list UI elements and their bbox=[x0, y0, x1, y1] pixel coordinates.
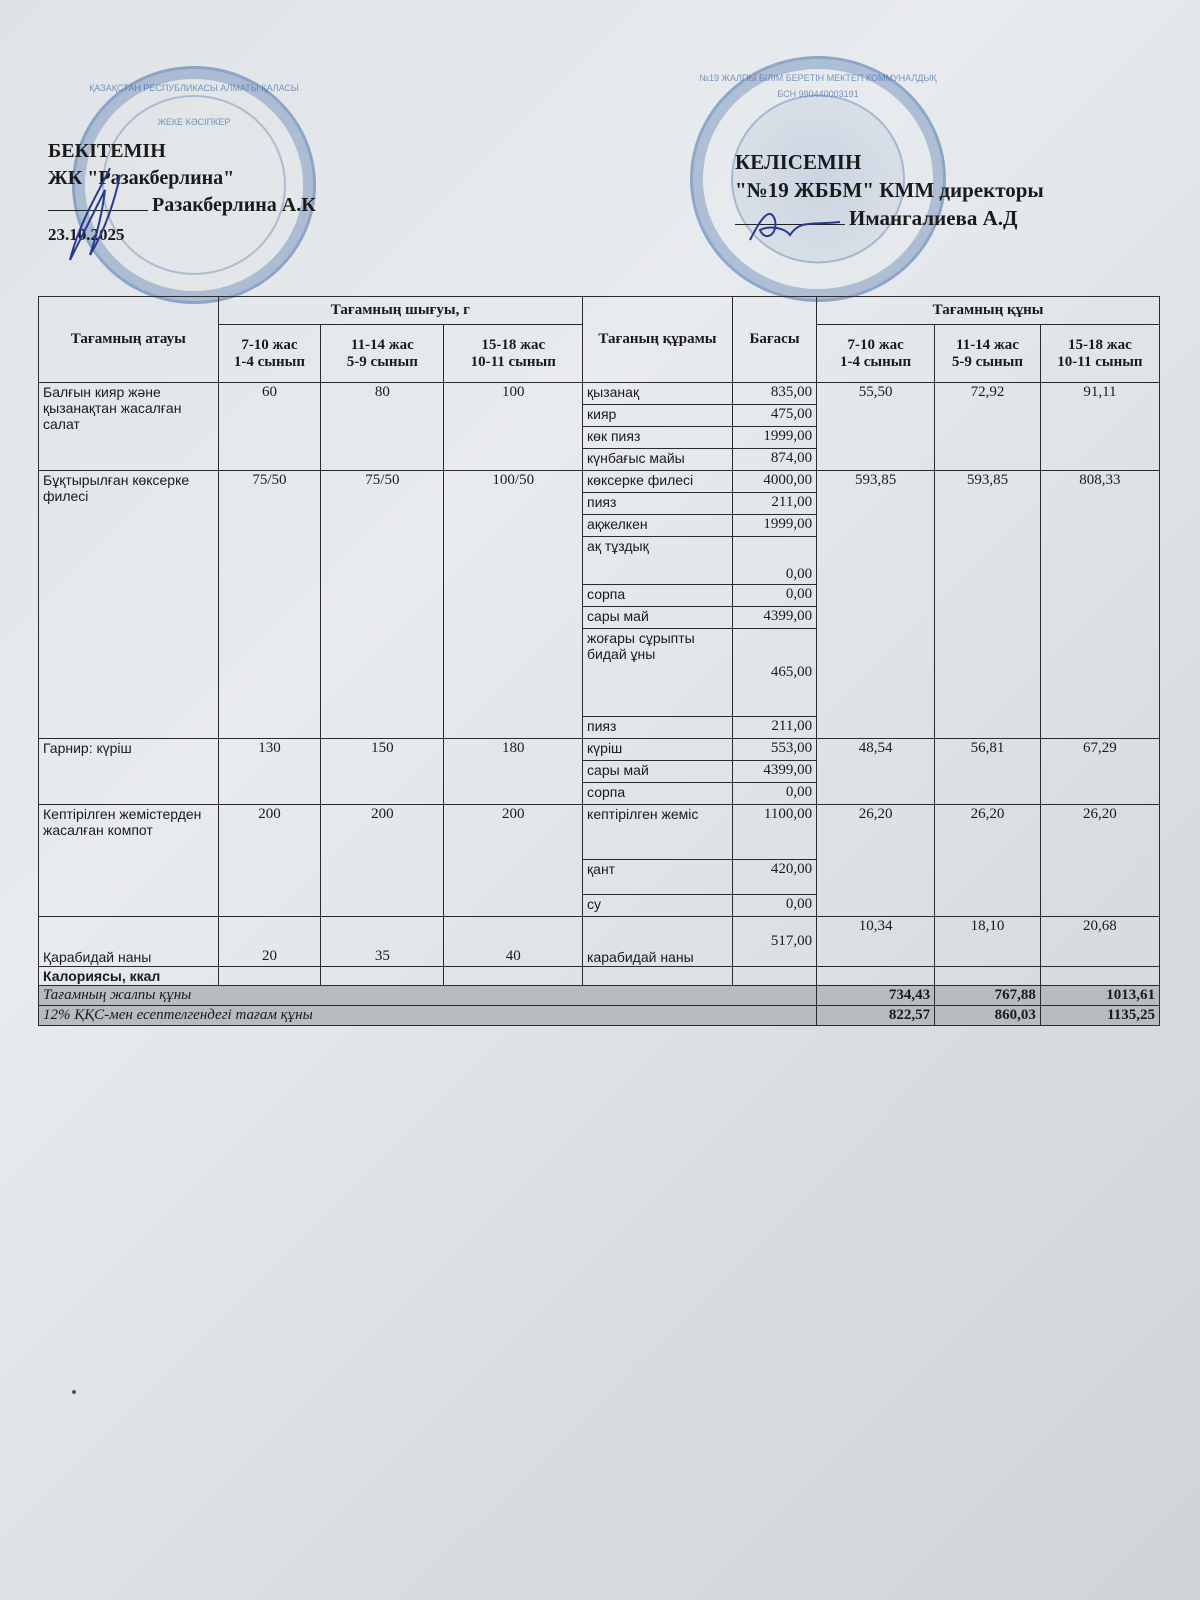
dish-output: 60 bbox=[218, 383, 321, 471]
total-value: 860,03 bbox=[935, 1006, 1041, 1026]
dish-cost: 26,20 bbox=[1040, 805, 1159, 917]
ingredient-price: 211,00 bbox=[732, 717, 816, 739]
dish-cost: 18,10 bbox=[935, 917, 1041, 967]
dish-output: 75/50 bbox=[218, 471, 321, 739]
ingredient-name: көк пияз bbox=[583, 427, 733, 449]
dish-cost: 808,33 bbox=[1040, 471, 1159, 739]
header-age-group: 15-18 жас10-11 сынып bbox=[1040, 325, 1159, 383]
ingredient-name: қызанақ bbox=[583, 383, 733, 405]
header-composition: Тағаның құрамы bbox=[583, 297, 733, 383]
total-value: 1013,61 bbox=[1040, 986, 1159, 1006]
calories-cell bbox=[732, 967, 816, 986]
total-value: 734,43 bbox=[817, 986, 935, 1006]
header-dish-name: Тағамның атауы bbox=[39, 297, 219, 383]
ingredient-name: пияз bbox=[583, 493, 733, 515]
ingredient-name: пияз bbox=[583, 717, 733, 739]
ingredient-name: жоғары сұрыпты бидай ұны bbox=[583, 629, 733, 717]
dish-output: 200 bbox=[218, 805, 321, 917]
dish-name: Гарнир: күріш bbox=[39, 739, 219, 805]
grade-label: 1-4 сынып bbox=[821, 354, 930, 371]
header-row: Тағамның атауыТағамның шығуы, гТағаның қ… bbox=[39, 297, 1160, 325]
ingredient-price: 211,00 bbox=[732, 493, 816, 515]
menu-table: Тағамның атауыТағамның шығуы, гТағаның қ… bbox=[38, 296, 1160, 1026]
ingredient-price: 553,00 bbox=[732, 739, 816, 761]
header-age-group: 11-14 жас5-9 сынып bbox=[321, 325, 444, 383]
total-value: 1135,25 bbox=[1040, 1006, 1159, 1026]
ingredient-name: су bbox=[583, 895, 733, 917]
stamp-ring-text: ҚАЗАҚСТАН РЕСПУБЛИКАСЫ АЛМАТЫ ҚАЛАСЫ bbox=[75, 83, 313, 93]
ingredient-name: ақ тұздық bbox=[583, 537, 733, 585]
ingredient-price: 420,00 bbox=[732, 860, 816, 895]
ingredient-price: 1100,00 bbox=[732, 805, 816, 860]
dish-cost: 20,68 bbox=[1040, 917, 1159, 967]
dish-cost: 72,92 bbox=[935, 383, 1041, 471]
ingredient-price: 874,00 bbox=[732, 449, 816, 471]
dish-cost: 26,20 bbox=[817, 805, 935, 917]
dish-name: Кептірілген жемістерден жасалған компот bbox=[39, 805, 219, 917]
table-row: Балғын кияр және қызанақтан жасалған сал… bbox=[39, 383, 1160, 405]
dish-cost: 55,50 bbox=[817, 383, 935, 471]
calories-row: Калориясы, ккал bbox=[39, 967, 1160, 986]
dish-output: 20 bbox=[218, 917, 321, 967]
age-label: 15-18 жас bbox=[448, 337, 578, 354]
ingredient-name: күнбағыс майы bbox=[583, 449, 733, 471]
table-row: Қарабидай наны203540карабидай наны517,00… bbox=[39, 917, 1160, 967]
ingredient-name: күріш bbox=[583, 739, 733, 761]
age-label: 15-18 жас bbox=[1045, 337, 1155, 354]
total-label: Тағамның жалпы құны bbox=[39, 986, 817, 1006]
ingredient-price: 1999,00 bbox=[732, 427, 816, 449]
age-label: 7-10 жас bbox=[223, 337, 317, 354]
ingredient-price: 0,00 bbox=[732, 585, 816, 607]
total-row: Тағамның жалпы құны734,43767,881013,61 bbox=[39, 986, 1160, 1006]
header-output: Тағамның шығуы, г bbox=[218, 297, 582, 325]
calories-cell bbox=[583, 967, 733, 986]
dish-cost: 10,34 bbox=[817, 917, 935, 967]
ingredient-name: қант bbox=[583, 860, 733, 895]
calories-cell bbox=[935, 967, 1041, 986]
table-row: Бұқтырылған көксерке филесі75/5075/50100… bbox=[39, 471, 1160, 493]
dish-output: 100 bbox=[444, 383, 583, 471]
total-value: 767,88 bbox=[935, 986, 1041, 1006]
dish-output: 100/50 bbox=[444, 471, 583, 739]
ingredient-price: 835,00 bbox=[732, 383, 816, 405]
dish-cost: 593,85 bbox=[935, 471, 1041, 739]
calories-cell bbox=[444, 967, 583, 986]
stamp-bin-text: БСН 990440003191 bbox=[693, 89, 943, 99]
dish-output: 180 bbox=[444, 739, 583, 805]
dish-name: Бұқтырылған көксерке филесі bbox=[39, 471, 219, 739]
ingredient-name: сорпа bbox=[583, 585, 733, 607]
table-row: Гарнир: күріш130150180күріш553,0048,5456… bbox=[39, 739, 1160, 761]
speck bbox=[72, 1390, 76, 1394]
ingredient-name: көксерке филесі bbox=[583, 471, 733, 493]
grade-label: 10-11 сынып bbox=[1045, 354, 1155, 371]
stamp-center-text: ЖЕКЕ КӘСІПКЕР bbox=[75, 117, 313, 127]
dish-name: Балғын кияр және қызанақтан жасалған сал… bbox=[39, 383, 219, 471]
dish-output: 40 bbox=[444, 917, 583, 967]
total-value: 822,57 bbox=[817, 1006, 935, 1026]
ingredient-name: сары май bbox=[583, 607, 733, 629]
ingredient-name: кептірілген жеміс bbox=[583, 805, 733, 860]
header-cost: Тағамның құны bbox=[817, 297, 1160, 325]
signature-left-icon bbox=[60, 160, 130, 270]
dish-output: 200 bbox=[321, 805, 444, 917]
ingredient-name: сорпа bbox=[583, 783, 733, 805]
dish-name: Қарабидай наны bbox=[39, 917, 219, 967]
ingredient-price: 475,00 bbox=[732, 405, 816, 427]
grade-label: 1-4 сынып bbox=[223, 354, 317, 371]
age-label: 7-10 жас bbox=[821, 337, 930, 354]
ingredient-price: 0,00 bbox=[732, 537, 816, 585]
total-label: 12% ҚҚС-мен есептелгендегі тағам құны bbox=[39, 1006, 817, 1026]
dish-output: 200 bbox=[444, 805, 583, 917]
agreement-title: КЕЛІСЕМІН bbox=[735, 148, 1044, 176]
age-label: 11-14 жас bbox=[325, 337, 439, 354]
header-price: Бағасы bbox=[732, 297, 816, 383]
ingredient-price: 517,00 bbox=[732, 917, 816, 967]
calories-cell bbox=[218, 967, 321, 986]
stamp-ring-text: №19 ЖАЛПЫ БІЛІМ БЕРЕТІН МЕКТЕП КОММУНАЛД… bbox=[693, 73, 943, 83]
table-row: Кептірілген жемістерден жасалған компот2… bbox=[39, 805, 1160, 860]
calories-label: Калориясы, ккал bbox=[39, 967, 219, 986]
age-label: 11-14 жас bbox=[939, 337, 1036, 354]
header-age-group: 7-10 жас1-4 сынып bbox=[817, 325, 935, 383]
grade-label: 10-11 сынып bbox=[448, 354, 578, 371]
ingredient-price: 4399,00 bbox=[732, 761, 816, 783]
total-row: 12% ҚҚС-мен есептелгендегі тағам құны822… bbox=[39, 1006, 1160, 1026]
calories-cell bbox=[1040, 967, 1159, 986]
ingredient-name: карабидай наны bbox=[583, 917, 733, 967]
ingredient-price: 4000,00 bbox=[732, 471, 816, 493]
dish-cost: 91,11 bbox=[1040, 383, 1159, 471]
calories-cell bbox=[321, 967, 444, 986]
dish-output: 150 bbox=[321, 739, 444, 805]
ingredient-name: кияр bbox=[583, 405, 733, 427]
header-age-group: 15-18 жас10-11 сынып bbox=[444, 325, 583, 383]
agreement-signer: Имангалиева А.Д bbox=[849, 206, 1017, 230]
dish-cost: 56,81 bbox=[935, 739, 1041, 805]
approval-signer: Разакберлина А.К bbox=[152, 194, 316, 216]
ingredient-price: 4399,00 bbox=[732, 607, 816, 629]
ingredient-price: 1999,00 bbox=[732, 515, 816, 537]
dish-cost: 48,54 bbox=[817, 739, 935, 805]
grade-label: 5-9 сынып bbox=[939, 354, 1036, 371]
header-age-group: 7-10 жас1-4 сынып bbox=[218, 325, 321, 383]
ingredient-price: 0,00 bbox=[732, 783, 816, 805]
ingredient-name: ақжелкен bbox=[583, 515, 733, 537]
dish-cost: 26,20 bbox=[935, 805, 1041, 917]
dish-output: 80 bbox=[321, 383, 444, 471]
dish-cost: 67,29 bbox=[1040, 739, 1159, 805]
signature-right-icon bbox=[740, 200, 850, 250]
header-age-group: 11-14 жас5-9 сынып bbox=[935, 325, 1041, 383]
grade-label: 5-9 сынып bbox=[325, 354, 439, 371]
calories-cell bbox=[817, 967, 935, 986]
ingredient-price: 465,00 bbox=[732, 629, 816, 717]
dish-cost: 593,85 bbox=[817, 471, 935, 739]
dish-output: 75/50 bbox=[321, 471, 444, 739]
dish-output: 35 bbox=[321, 917, 444, 967]
ingredient-price: 0,00 bbox=[732, 895, 816, 917]
dish-output: 130 bbox=[218, 739, 321, 805]
ingredient-name: сары май bbox=[583, 761, 733, 783]
